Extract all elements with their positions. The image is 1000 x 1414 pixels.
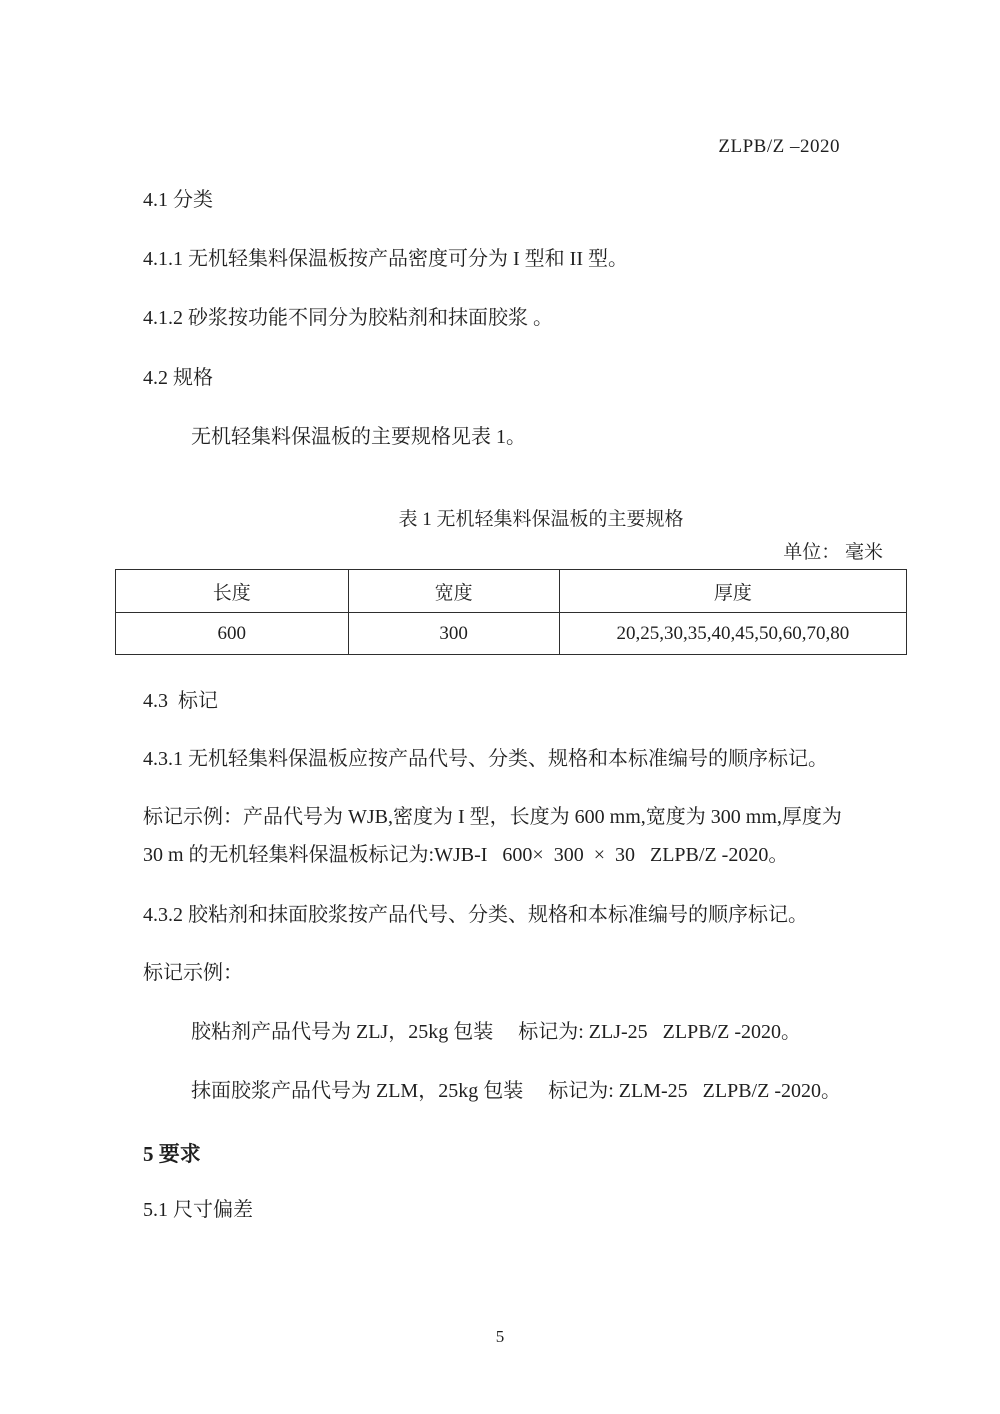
table-header-row: 长度 宽度 厚度 <box>116 570 907 613</box>
table-1-unit-label: 单位： 毫米 <box>783 537 883 564</box>
para-4-3-1: 4.3.1 无机轻集料保温板应按产品代号、分类、规格和本标准编号的顺序标记。 <box>143 747 828 772</box>
table-row: 600 300 20,25,30,35,40,45,50,60,70,80 <box>116 613 907 655</box>
table-header-length: 长度 <box>116 570 349 613</box>
page-number: 5 <box>0 1327 1000 1347</box>
table-1-caption: 表 1 无机轻集料保温板的主要规格 <box>398 504 683 531</box>
table-cell-length: 600 <box>116 613 349 655</box>
table-header-thickness: 厚度 <box>559 570 906 613</box>
para-example-zlj: 胶粘剂产品代号为 ZLJ，25kg 包装 标记为: ZLJ-25 ZLPB/Z … <box>191 1020 801 1045</box>
table-header-width: 宽度 <box>348 570 559 613</box>
para-4-1-2: 4.1.2 砂浆按功能不同分为胶粘剂和抹面胶浆 。 <box>143 306 553 331</box>
para-4-3-1-example-line2: 30 m 的无机轻集料保温板标记为:WJB-I 600× 300 × 30 ZL… <box>143 843 788 868</box>
para-example-label: 标记示例： <box>143 961 243 986</box>
heading-5-1: 5.1 尺寸偏差 <box>143 1198 253 1223</box>
table-cell-width: 300 <box>348 613 559 655</box>
spec-table: 长度 宽度 厚度 600 300 20,25,30,35,40,45,50,60… <box>115 569 907 655</box>
para-example-zlm: 抹面胶浆产品代号为 ZLM，25kg 包装 标记为: ZLM-25 ZLPB/Z… <box>191 1079 841 1104</box>
para-4-3-1-example-line1: 标记示例：产品代号为 WJB,密度为 I 型，长度为 600 mm,宽度为 30… <box>143 805 842 830</box>
para-4-3-2: 4.3.2 胶粘剂和抹面胶浆按产品代号、分类、规格和本标准编号的顺序标记。 <box>143 903 808 928</box>
para-4-1-1: 4.1.1 无机轻集料保温板按产品密度可分为 I 型和 II 型。 <box>143 247 628 272</box>
para-4-2-body: 无机轻集料保温板的主要规格见表 1。 <box>191 425 526 450</box>
heading-4-3: 4.3 标记 <box>143 689 218 714</box>
document-page: ZLPB/Z –2020 4.1 分类 4.1.1 无机轻集料保温板按产品密度可… <box>0 0 1000 1414</box>
table-cell-thickness: 20,25,30,35,40,45,50,60,70,80 <box>559 613 906 655</box>
heading-4-2: 4.2 规格 <box>143 366 213 391</box>
document-code-header: ZLPB/Z –2020 <box>718 136 840 158</box>
heading-4-1: 4.1 分类 <box>143 188 213 213</box>
heading-5: 5 要求 <box>143 1141 201 1167</box>
